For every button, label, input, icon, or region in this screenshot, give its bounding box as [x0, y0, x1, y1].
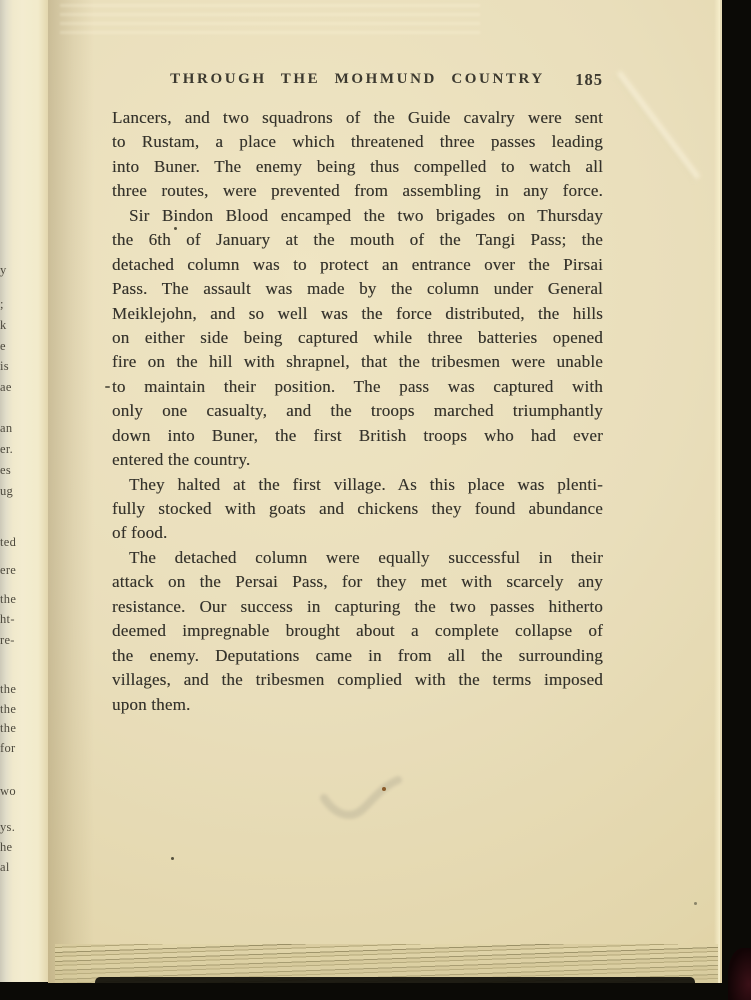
- text-block: Lancers, and two squadrons of the Guide …: [112, 106, 603, 717]
- text-line: fully stocked with goats and chickens th…: [112, 497, 603, 521]
- facing-page-text-fragment: ht-: [0, 612, 18, 626]
- gutter-shadow: [48, 0, 94, 985]
- text-line: to Rustam, a place which threatened thre…: [112, 130, 603, 154]
- text-line: down into Buner, the first British troop…: [112, 424, 603, 448]
- text-line: villages, and the tribesmen complied wit…: [112, 668, 603, 692]
- facing-page-text-fragment: y: [0, 263, 18, 277]
- text-line: three routes, were prevented from assemb…: [112, 179, 603, 203]
- text-line: Meiklejohn, and so well was the force di…: [112, 302, 603, 326]
- facing-page-text-fragment: the: [0, 721, 18, 735]
- facing-page-text-fragment: er.: [0, 442, 18, 456]
- text-line: deemed impregnable brought about a compl…: [112, 619, 603, 643]
- facing-page-text-fragment: al: [0, 860, 18, 874]
- running-title: THROUGH THE MOHMUND COUNTRY: [112, 71, 603, 88]
- facing-page-text-fragment: ae: [0, 380, 18, 394]
- facing-page-text-fragment: the: [0, 682, 18, 696]
- facing-page-text-fragment: an: [0, 421, 18, 435]
- text-line: fire on the hill with shrapnel, that the…: [112, 350, 603, 374]
- page-number: 185: [575, 70, 603, 90]
- facing-page-text-fragment: wo: [0, 784, 18, 798]
- scanned-book-page: THROUGH THE MOHMUND COUNTRY 185 Lancers,…: [0, 0, 751, 1000]
- facing-page-text-fragment: the: [0, 592, 18, 606]
- binding-corner-shadow: [728, 948, 751, 1000]
- text-line: resistance. Our success in capturing the…: [112, 595, 603, 619]
- text-line: to maintain their position. The pass was…: [112, 375, 603, 399]
- facing-page-text-fragment: ys.: [0, 820, 18, 834]
- text-line: The detached column were equally success…: [112, 546, 603, 570]
- text-line: detached column was to protect an entran…: [112, 253, 603, 277]
- page-stack-fore-edge: [720, 0, 746, 988]
- facing-page-text-fragment: ere: [0, 563, 18, 577]
- text-line: Lancers, and two squadrons of the Guide …: [112, 106, 603, 130]
- text-line: on either side being captured while thre…: [112, 326, 603, 350]
- facing-page-text-fragment: the: [0, 702, 18, 716]
- facing-page-text-fragment: ;: [0, 297, 18, 311]
- text-line: into Buner. The enemy being thus compell…: [112, 155, 603, 179]
- text-line: upon them.: [112, 693, 603, 717]
- page-header: THROUGH THE MOHMUND COUNTRY 185: [112, 71, 603, 93]
- facing-page-text-fragment: k: [0, 318, 18, 332]
- text-line: attack on the Persai Pass, for they met …: [112, 570, 603, 594]
- facing-page-text-fragment: he: [0, 840, 18, 854]
- ink-speck: [694, 902, 697, 905]
- facing-page-text-fragment: ted: [0, 535, 18, 549]
- text-line: only one casualty, and the troops marche…: [112, 399, 603, 423]
- text-line: the 6th of January at the mouth of the T…: [112, 228, 603, 252]
- text-line: the enemy. Deputations came in from all …: [112, 644, 603, 668]
- facing-page-text-fragment: re-: [0, 633, 18, 647]
- facing-page-text-fragment: ug: [0, 484, 18, 498]
- text-line: entered the country.: [112, 448, 603, 472]
- text-line: Pass. The assault was made by the column…: [112, 277, 603, 301]
- facing-page-text-fragment: e: [0, 339, 18, 353]
- facing-page-text-fragment: is: [0, 359, 18, 373]
- text-column: THROUGH THE MOHMUND COUNTRY 185 Lancers,…: [112, 0, 603, 1000]
- facing-page-text-fragment: es: [0, 463, 18, 477]
- text-line: They halted at the first village. As thi…: [112, 473, 603, 497]
- text-line: of food.: [112, 521, 603, 545]
- ink-speck: [105, 386, 110, 388]
- facing-page-text-fragment: for: [0, 741, 18, 755]
- text-line: Sir Bindon Blood encamped the two brigad…: [112, 204, 603, 228]
